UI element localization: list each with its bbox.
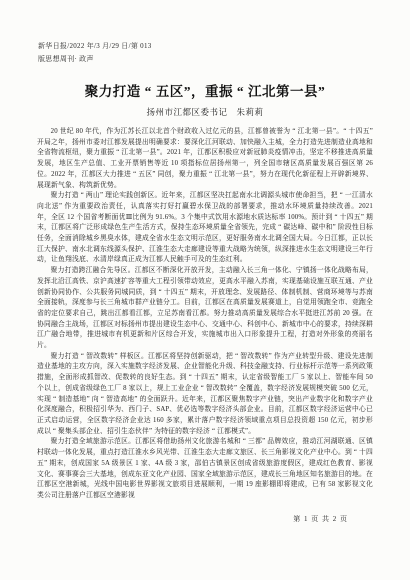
article-body: 20 世纪 80 年代，作为江苏长江以北首个财政收入过亿元的县，江都曾被誉为 “… <box>37 127 373 502</box>
article-title: 聚力打造 “ 五区”，重振 “ 江北第一县” <box>0 80 410 100</box>
page-number-indicator: 第 1 页 共 2 页 <box>293 514 348 524</box>
section-line: 版思想周刊· 政声 <box>38 53 152 66</box>
paragraph-5: 聚力打造全域旅游示范区。江都区将借助扬州文化旅游名城和 “ 三都” 品牌效应，推… <box>37 437 373 501</box>
paragraph-2: 聚力打造 “ 两山” 理论实践创新区。近年来，江都区坚决扛起南水北调源头城市使命… <box>37 191 373 266</box>
source-date-line: 新华日报/2022 年/3 月/29 日/第 013 <box>38 40 152 53</box>
newspaper-article-page: 新华日报/2022 年/3 月/29 日/第 013 版思想周刊· 政声 聚力打… <box>0 0 410 580</box>
masthead: 新华日报/2022 年/3 月/29 日/第 013 版思想周刊· 政声 <box>38 40 152 66</box>
paragraph-4: 聚力打造 “ 智改数转” 样板区。江都区将坚持创新驱动，把 “ 智改数转” 作为… <box>37 352 373 438</box>
article-byline: 扬州市江都区委书记 朱莉莉 <box>0 106 410 118</box>
paragraph-1: 20 世纪 80 年代，作为江苏长江以北首个财政收入过亿元的县，江都曾被誉为 “… <box>37 127 373 191</box>
paragraph-3: 聚力打造跨江融合先导区。江都区不断深化开放开发，主动融入长三角一体化、宁镇扬一体… <box>37 266 373 352</box>
